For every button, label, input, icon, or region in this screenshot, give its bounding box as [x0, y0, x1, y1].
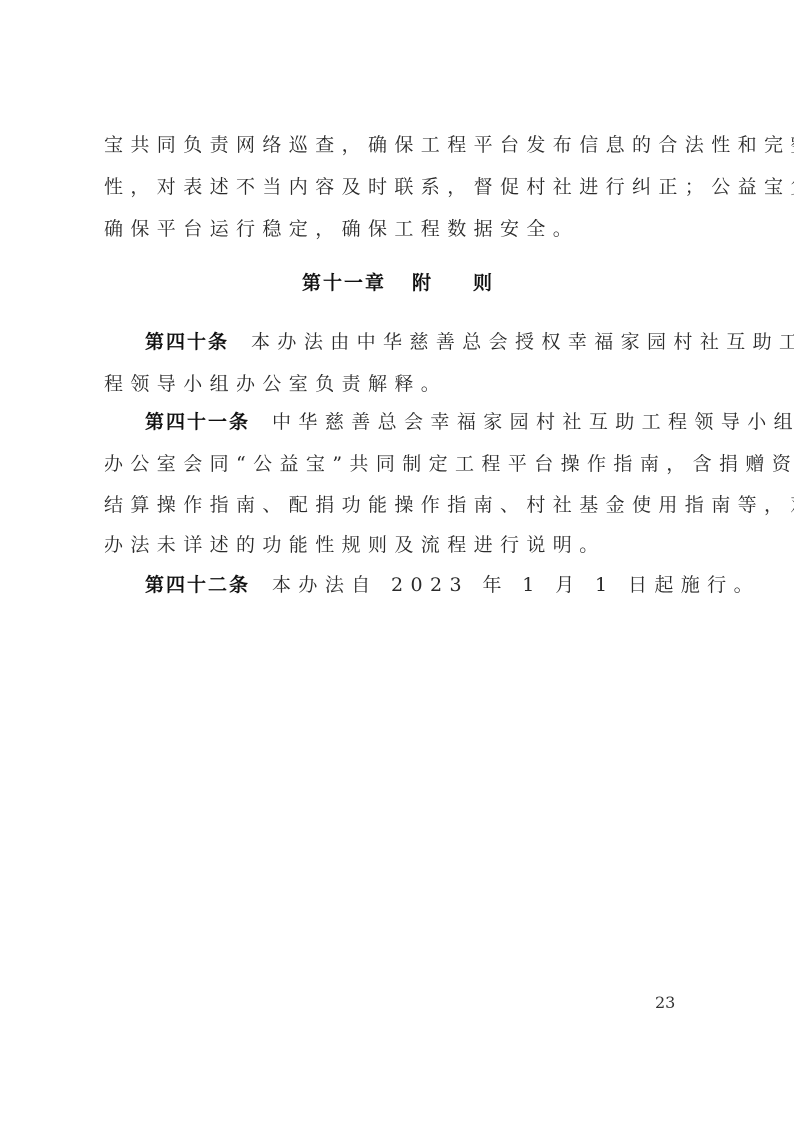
article-41-line: 第四十一条中华慈善总会幸福家园村社互助工程领导小组 — [145, 408, 735, 436]
paragraph-line: 性，对表述不当内容及时联系，督促村社进行纠正；公益宝负责 — [104, 173, 694, 201]
paragraph-line: 程领导小组办公室负责解释。 — [104, 370, 694, 398]
article-text: 本办法自 2023 年 1 月 1 日起施行。 — [272, 574, 760, 596]
paragraph-line: 办公室会同“公益宝”共同制定工程平台操作指南，含捐赠资金 — [104, 450, 694, 478]
article-label: 第四十一条 — [145, 411, 250, 433]
article-label: 第四十条 — [145, 331, 229, 353]
article-40-line: 第四十条本办法由中华慈善总会授权幸福家园村社互助工 — [145, 328, 735, 356]
chapter-title-part2: 则 — [473, 272, 492, 294]
paragraph-line: 结算操作指南、配捐功能操作指南、村社基金使用指南等，对本 — [104, 491, 694, 519]
chapter-heading: 第十一章附则 — [0, 268, 794, 298]
article-text: 本办法由中华慈善总会授权幸福家园村社互助工 — [251, 331, 794, 353]
paragraph-line: 宝共同负责网络巡查，确保工程平台发布信息的合法性和完整 — [104, 131, 694, 159]
article-42-line: 第四十二条本办法自 2023 年 1 月 1 日起施行。 — [145, 571, 735, 599]
article-label: 第四十二条 — [145, 574, 250, 596]
page-number: 23 — [655, 993, 675, 1012]
article-text: 中华慈善总会幸福家园村社互助工程领导小组 — [272, 411, 794, 433]
paragraph-line: 办法未详述的功能性规则及流程进行说明。 — [104, 531, 694, 559]
chapter-number: 第十一章 — [302, 272, 386, 294]
paragraph-line: 确保平台运行稳定，确保工程数据安全。 — [104, 215, 694, 243]
chapter-title-part1: 附 — [412, 272, 431, 294]
document-page: 宝共同负责网络巡查，确保工程平台发布信息的合法性和完整 性，对表述不当内容及时联… — [0, 0, 794, 1123]
